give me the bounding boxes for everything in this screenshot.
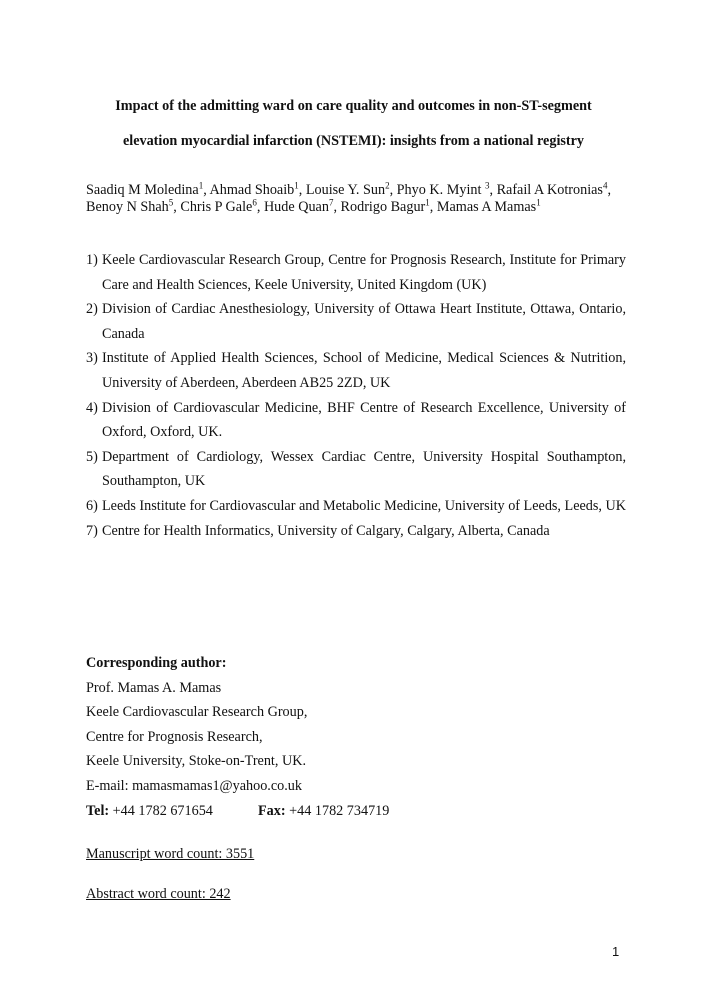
corresponding-address-1: Keele Cardiovascular Research Group,	[86, 700, 389, 725]
document-page: Impact of the admitting ward on care qua…	[0, 0, 707, 1000]
author-affiliation-marker: 7	[329, 197, 334, 207]
corresponding-address-2: Centre for Prognosis Research,	[86, 725, 389, 750]
affiliation-text: Centre for Health Informatics, Universit…	[102, 519, 626, 544]
affiliation-item: 4)Division of Cardiovascular Medicine, B…	[86, 396, 626, 445]
author-affiliation-marker: 1	[425, 197, 430, 207]
affiliation-item: 7)Centre for Health Informatics, Univers…	[86, 519, 626, 544]
affiliation-text: Leeds Institute for Cardiovascular and M…	[102, 494, 626, 519]
affiliation-item: 5)Department of Cardiology, Wessex Cardi…	[86, 445, 626, 494]
affiliation-text: Division of Cardiac Anesthesiology, Univ…	[102, 297, 626, 346]
affiliation-item: 1)Keele Cardiovascular Research Group, C…	[86, 248, 626, 297]
author-affiliation-marker: 1	[536, 197, 541, 207]
author-affiliation-marker: 1	[294, 180, 299, 190]
tel-value: +44 1782 671654	[109, 803, 213, 819]
fax-label: Fax:	[258, 803, 286, 819]
affiliation-number: 1)	[86, 248, 102, 297]
author-name: Chris P Gale	[180, 199, 252, 215]
phone-fax-row: Tel: +44 1782 671654 Fax: +44 1782 73471…	[86, 799, 389, 824]
tel-label: Tel:	[86, 803, 109, 819]
author-affiliation-marker: 1	[199, 180, 204, 190]
tel: Tel: +44 1782 671654	[86, 799, 258, 824]
author-affiliation-marker: 4	[603, 180, 608, 190]
affiliation-number: 5)	[86, 445, 102, 494]
fax: Fax: +44 1782 734719	[258, 799, 389, 824]
corresponding-email: E-mail: mamasmamas1@yahoo.co.uk	[86, 774, 389, 799]
author-name: Rodrigo Bagur	[341, 199, 426, 215]
author-name: Mamas A Mamas	[437, 199, 536, 215]
author-name: Benoy N Shah	[86, 199, 169, 215]
affiliation-number: 7)	[86, 519, 102, 544]
author-affiliation-marker: 3	[485, 180, 490, 190]
manuscript-word-count: Manuscript word count: 3551	[86, 846, 254, 863]
corresponding-author-block: Corresponding author: Prof. Mamas A. Mam…	[86, 651, 389, 823]
affiliation-text: Division of Cardiovascular Medicine, BHF…	[102, 396, 626, 445]
corresponding-name: Prof. Mamas A. Mamas	[86, 676, 389, 701]
affiliation-list: 1)Keele Cardiovascular Research Group, C…	[86, 248, 626, 543]
paper-title-line-1: Impact of the admitting ward on care qua…	[0, 98, 707, 115]
affiliation-number: 2)	[86, 297, 102, 346]
affiliation-text: Institute of Applied Health Sciences, Sc…	[102, 346, 626, 395]
affiliation-text: Department of Cardiology, Wessex Cardiac…	[102, 445, 626, 494]
page-number: 1	[612, 944, 619, 959]
author-name: Rafail A Kotronias	[497, 182, 603, 198]
author-name: Saadiq M Moledina	[86, 182, 199, 198]
author-name: Phyo K. Myint	[397, 182, 485, 198]
affiliation-item: 6)Leeds Institute for Cardiovascular and…	[86, 494, 626, 519]
affiliation-number: 6)	[86, 494, 102, 519]
author-list: Saadiq M Moledina1, Ahmad Shoaib1, Louis…	[86, 182, 626, 216]
affiliation-item: 3)Institute of Applied Health Sciences, …	[86, 346, 626, 395]
author-name: Louise Y. Sun	[306, 182, 385, 198]
author-affiliation-marker: 2	[385, 180, 390, 190]
affiliation-item: 2)Division of Cardiac Anesthesiology, Un…	[86, 297, 626, 346]
affiliation-text: Keele Cardiovascular Research Group, Cen…	[102, 248, 626, 297]
author-name: Ahmad Shoaib	[210, 182, 295, 198]
affiliation-number: 4)	[86, 396, 102, 445]
fax-value: +44 1782 734719	[286, 803, 390, 819]
corresponding-heading: Corresponding author:	[86, 651, 389, 676]
corresponding-address-3: Keele University, Stoke-on-Trent, UK.	[86, 749, 389, 774]
paper-title-line-2: elevation myocardial infarction (NSTEMI)…	[0, 133, 707, 150]
author-affiliation-marker: 5	[169, 197, 174, 207]
author-affiliation-marker: 6	[252, 197, 257, 207]
affiliation-number: 3)	[86, 346, 102, 395]
abstract-word-count: Abstract word count: 242	[86, 886, 231, 903]
author-name: Hude Quan	[264, 199, 329, 215]
